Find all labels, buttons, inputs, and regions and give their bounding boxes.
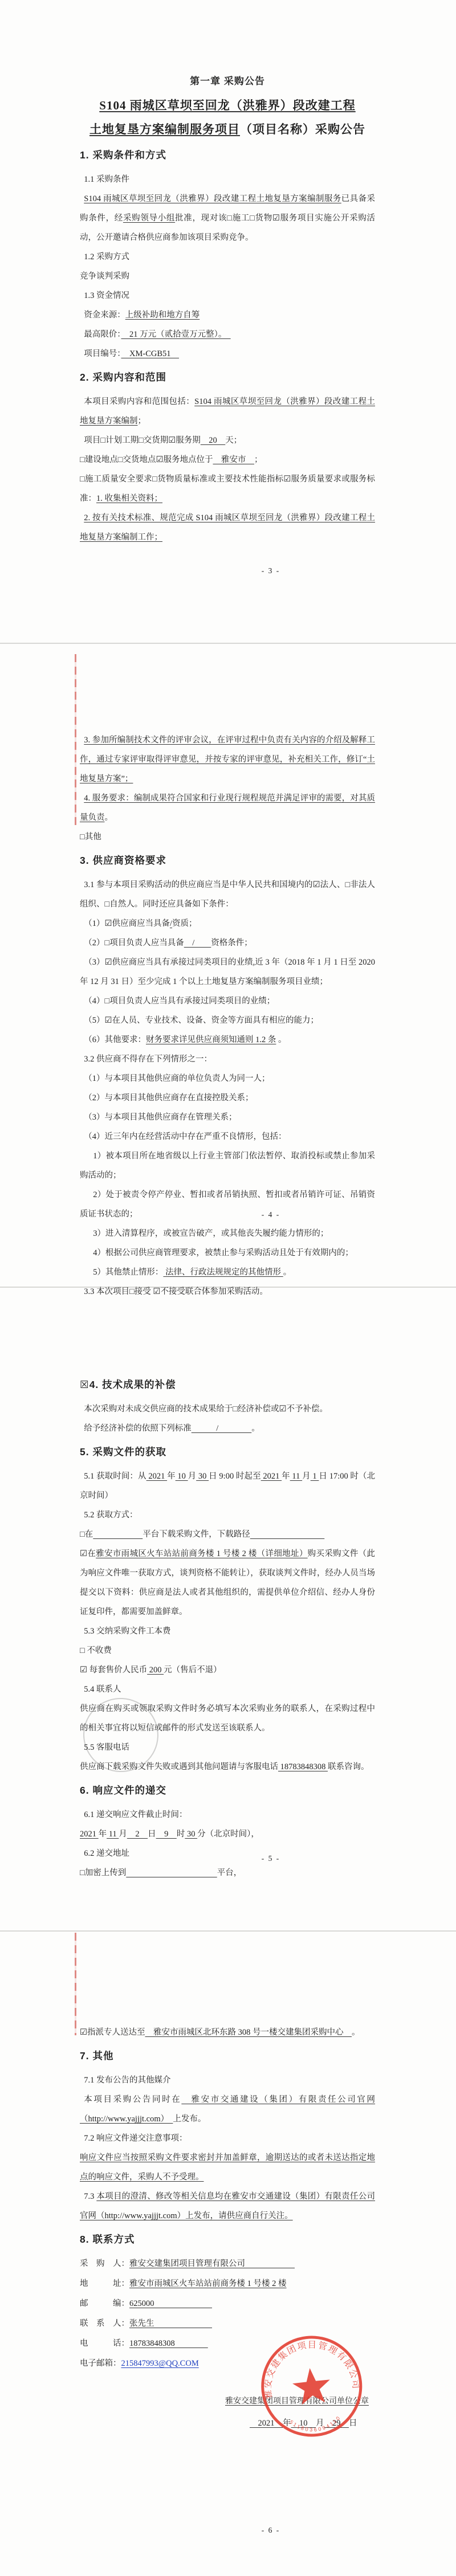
paragraph: （4）□项目负责人应当具有承接过同类项目的业绩； xyxy=(80,991,375,1011)
text-run: 18783848308 xyxy=(278,1762,328,1771)
text-run: □ 不收费 xyxy=(80,1646,112,1655)
text-run: 2. 采购内容和范围 xyxy=(80,372,166,383)
paragraph: 3）进入清算程序，或被宣告破产，或其他丧失履约能力情形的； xyxy=(80,1224,375,1243)
text-run: 2021 xyxy=(80,1830,99,1839)
paragraph: 供应商下载采购文件失败或遇到其他问题请与客服电话 18783848308 联系咨… xyxy=(80,1757,375,1777)
paragraph: 5.3 交纳采购文件工本费 xyxy=(80,1622,375,1641)
text-run: 土地复垦方案编制服务项目 xyxy=(89,123,240,136)
page-number: - 3 - xyxy=(43,566,456,575)
text-run: 平台， xyxy=(217,1868,242,1877)
text-run: 。 xyxy=(251,1424,260,1433)
text-run: 1 xyxy=(311,1472,319,1481)
text-run: 年 xyxy=(99,1830,107,1839)
text-run: 张先生 xyxy=(129,2319,212,2328)
text-run: 7.2 响应文件递交注意事项： xyxy=(84,2134,187,2143)
text-run: ☑在 xyxy=(80,1549,96,1558)
text-run: 3.1 参与本项目采购活动的供应商应当是中华人民共和国境内的☑法人、□非法人组织… xyxy=(80,880,375,909)
text-run: 2021 xyxy=(261,1472,282,1481)
text-run: □建设地点□交货地点☑服务地点位于 xyxy=(80,455,213,464)
text-run: （1）☑供应商应当具备 xyxy=(84,919,170,928)
text-run: 电子邮箱： xyxy=(80,2359,121,2368)
paragraph: 5.4 联系人 xyxy=(80,1680,375,1699)
paragraph: 本次采购对未成交供应商的技术成果给于□经济补偿或☑不予补偿。 xyxy=(80,1399,375,1419)
text-run: 2 xyxy=(127,1830,148,1839)
section-heading: 1. 采购条件和方式 xyxy=(80,144,375,166)
paragraph: （4）近三年内在经营活动中存在严重不良情形，包括： xyxy=(80,1127,375,1146)
document-title-line: S104 雨城区草坝至回龙（洪雅界）段改建工程 xyxy=(80,93,375,117)
text-run: 竞争谈判采购 xyxy=(80,272,129,281)
text-run: □加密上传到 xyxy=(80,1868,126,1877)
text-run: / xyxy=(192,1424,252,1433)
subsection-heading: 1.2 采购方式 xyxy=(80,247,375,267)
paragraph: （2）□项目负责人应当具备 / 资格条件； xyxy=(80,933,375,953)
text-run: - 5 - xyxy=(262,1854,280,1863)
paragraph: ☑ 每套售价人民币 200 元（售后不退） xyxy=(80,1660,375,1680)
text-run: ☑ 每套售价人民币 xyxy=(80,1665,147,1675)
text-run xyxy=(93,1530,142,1539)
text-run: 7.1 发布公告的其他媒介 xyxy=(84,2076,170,2085)
paragraph: 响应文件应当按照采购文件要求密封并加盖鲜章，逾期送达的或者未送达指定地点的响应文… xyxy=(80,2148,375,2187)
subsection-heading: 1.3 资金情况 xyxy=(80,286,375,305)
text-run: 供应商在购买或领取采购文件时务必填写本次采购业务的联系人，在采购过程中的相关事宜… xyxy=(80,1704,375,1733)
paragraph: 5.1 获取时间：从 2021 年 10 月 30 日 9:00 时起至 202… xyxy=(80,1467,375,1505)
paragraph: （5）☑在人员、专业技术、设备、资金等方面具有相应的能力； xyxy=(80,1011,375,1030)
text-run: 月 xyxy=(188,1472,197,1481)
text-run: 分（北京时间）， xyxy=(197,1830,259,1839)
text-run: 5.1 获取时间：从 xyxy=(84,1472,146,1481)
text-run: ； xyxy=(138,417,146,426)
text-run: 10 xyxy=(176,1472,188,1481)
text-run: 11 xyxy=(107,1830,119,1839)
text-run: 1.2 采购方式 xyxy=(84,252,129,262)
text-run: 。 xyxy=(283,1268,292,1277)
company-seal-stamp: 雅安交建集团项目管理有限公司 5118036094110 xyxy=(252,2324,372,2451)
text-run: 购买采购文件（此为响应文件唯一获取方式，谈判资格不能转让），获取谈判文件时，经办… xyxy=(80,1549,375,1616)
text-run: 3. 参加所编制技术文件的评审会议，在评审过程中负责有关内容的介绍及解释工作，通… xyxy=(80,736,375,783)
paragraph: （3）☑供应商应当具有承接过同类项目的业绩,近 3 年（2018 年 1 月 1… xyxy=(80,953,375,991)
text-run: 20 xyxy=(201,436,226,445)
text-run: 元（售后不退） xyxy=(164,1665,222,1675)
text-run: 215847993@QQ.COM xyxy=(121,2359,199,2368)
text-run: 法律、行政法规规定的其他情形 xyxy=(163,1268,283,1277)
paragraph: □在 平台下载采购文件，下载路径 xyxy=(80,1525,375,1544)
page-4: 3. 参加所编制技术文件的评审会议，在评审过程中负责有关内容的介绍及解释工作，通… xyxy=(0,644,456,1288)
text-run: 日 xyxy=(148,1830,156,1839)
paragraph: 7.3 本项目的澄清、修改等相关信息均在雅安市交通建设（集团）有限责任公司官网（… xyxy=(80,2187,375,2226)
text-run: □其他 xyxy=(80,832,101,842)
text-run: 625000 xyxy=(129,2299,212,2308)
text-run: 上级补助和地方自筹 xyxy=(125,311,200,320)
paragraph: （3）与本项目其他供应商存在管理关系； xyxy=(80,1108,375,1127)
text-run: S104 雨城区草坝至回龙（洪雅界）段改建工程 xyxy=(99,99,355,112)
text-run: 采购领导小组 xyxy=(123,214,175,223)
paragraph: 给予经济补偿的依照下列标准 / 。 xyxy=(80,1419,375,1438)
text-run: 本次采购对未成交供应商的技术成果给于□经济补偿或☑不予补偿。 xyxy=(84,1405,328,1414)
page-number: - 4 - xyxy=(43,1210,456,1219)
paragraph: 3.1 参与本项目采购活动的供应商应当是中华人民共和国境内的☑法人、□非法人组织… xyxy=(80,875,375,914)
paragraph: 本项目采购内容和范围包括：S104 雨城区草坝至回龙（洪雅界）段改建工程土地复垦… xyxy=(80,392,375,431)
text-run: （4）□项目负责人应当具有承接过同类项目的业绩； xyxy=(84,997,275,1006)
text-run: （4）近三年内在经营活动中存在严重不良情形，包括： xyxy=(84,1132,286,1141)
paragraph: 2. 按有关技术标准、规范完成 S104 雨城区草坝至回龙（洪雅界）段改建工程土… xyxy=(80,508,375,547)
text-run: 联系咨询。 xyxy=(328,1762,369,1771)
paragraph: （2）与本项目其他供应商存在直接控股关系； xyxy=(80,1088,375,1108)
text-run: 联 系 人： xyxy=(80,2319,129,2328)
text-run: 本项目的澄清、修改等相关信息均在雅安市交通建设（集团）有限责任公司官网（http… xyxy=(80,2192,375,2220)
text-run: 项目编号： xyxy=(84,349,121,358)
text-run: 天； xyxy=(225,436,242,445)
text-run: 第一章 采购公告 xyxy=(190,76,265,87)
text-run: - 4 - xyxy=(262,1210,280,1219)
text-run: 1.3 资金情况 xyxy=(84,291,129,300)
text-run: 本项目采购内容和范围包括： xyxy=(84,397,194,406)
section-heading: 2. 采购内容和范围 xyxy=(80,366,375,389)
paragraph: 项目□计划工期□交货期☑服务期 20 天； xyxy=(80,431,375,450)
procurement-announcement-document: 雅安交建集团项目管理有限公司 5118036094110 第一章 采购公告S10… xyxy=(0,0,456,2576)
text-run: 6. 响应文件的递交 xyxy=(80,1785,166,1796)
text-run: 6.1 递交响应文件截止时间： xyxy=(84,1810,187,1819)
document-title-line: 土地复垦方案编制服务项目（项目名称）采购公告 xyxy=(80,117,375,141)
section-heading: 7. 其他 xyxy=(80,2044,375,2067)
text-run: 雅安市雨城区火车站站前商务楼 1 号楼 2 楼（详细地址） xyxy=(96,1549,308,1558)
text-run: 资金来源： xyxy=(84,311,125,320)
text-run: 日 9:00 时起至 xyxy=(209,1472,261,1481)
text-run: / xyxy=(184,938,211,948)
paragraph: 本项目采购公告同时在 雅安市交通建设（集团）有限责任公司官网（http://ww… xyxy=(80,2090,375,2129)
section-heading: 5. 采购文件的获取 xyxy=(80,1440,375,1463)
text-run: 7.3 xyxy=(84,2192,96,2201)
paragraph: □加密上传到 平台， xyxy=(80,1863,375,1883)
text-run: 9 xyxy=(156,1830,177,1839)
section-heading: 6. 响应文件的递交 xyxy=(80,1779,375,1802)
paragraph: S104 雨城区草坝至回龙（洪雅界）段改建工程土地复垦方案编制服务已具备采购条件… xyxy=(80,189,375,247)
paragraph: 6.1 递交响应文件截止时间： xyxy=(80,1805,375,1824)
text-run: XM-CGB51 xyxy=(121,349,180,358)
text-run: （3）☑供应商应当具有承接过同类项目的业绩,近 3 年（2018 年 1 月 1… xyxy=(80,958,375,986)
paragraph: 7.2 响应文件递交注意事项： xyxy=(80,2129,375,2148)
paragraph: 4. 服务要求：编制成果符合国家和行业现行规程规范并满足评审的需要，对其质量负责… xyxy=(80,789,375,827)
contact-line: 采 购 人：雅安交建集团项目管理有限公司 xyxy=(80,2254,375,2274)
text-run: （5）☑在人员、专业技术、设备、资金等方面具有相应的能力； xyxy=(84,1016,319,1025)
text-run: （2）与本项目其他供应商存在直接控股关系； xyxy=(84,1093,253,1103)
text-run: 资质； xyxy=(172,919,197,928)
text-run: 供应商下载采购文件失败或遇到其他问题请与客服电话 xyxy=(80,1762,278,1771)
paragraph: 4）根据公司供应商管理要求，被禁止参与采购活动且处于有效期内的； xyxy=(80,1243,375,1263)
text-run: 响应文件应当按照采购文件要求密封并加盖鲜章，逾期送达的或者未送达指定地点的响应文… xyxy=(80,2153,375,2182)
text-run: 30 xyxy=(185,1830,197,1839)
contact-line: 地 址：雅安市雨城区火车站站前商务楼 1 号楼 2 楼 xyxy=(80,2274,375,2294)
text-run: 。 xyxy=(352,2028,360,2037)
text-run: 年 xyxy=(282,1472,290,1481)
text-run: 平台下载采购文件，下载路径 xyxy=(142,1530,250,1539)
paragraph: 5.5 客服电话 xyxy=(80,1738,375,1757)
paragraph: □其他 xyxy=(80,827,375,847)
paragraph: 供应商在购买或领取采购文件时务必填写本次采购业务的联系人，在采购过程中的相关事宜… xyxy=(80,1699,375,1738)
paragraph: 7.1 发布公告的其他媒介 xyxy=(80,2071,375,2090)
text-run: 。 xyxy=(276,1035,286,1044)
text-run: □在 xyxy=(80,1530,93,1539)
text-run: 3. 供应商资格要求 xyxy=(80,855,166,866)
text-run: S104 雨城区草坝至回龙（洪雅界）段改建工程土地复垦方案编制服务 xyxy=(84,194,341,203)
text-run: 时 xyxy=(177,1830,185,1839)
text-run xyxy=(250,1530,325,1539)
paragraph: ☑指派专人送达至 雅安市雨城区北环东路 308 号一楼交建集团采购中心 。 xyxy=(80,2023,375,2042)
text-run: 5.3 交纳采购文件工本费 xyxy=(84,1627,170,1636)
text-run: 给予经济补偿的依照下列标准 xyxy=(84,1424,192,1433)
text-run: - 6 - xyxy=(262,2526,280,2534)
page-3: 第一章 采购公告S104 雨城区草坝至回龙（洪雅界）段改建工程土地复垦方案编制服… xyxy=(0,0,456,644)
text-run: 30 xyxy=(196,1472,209,1481)
text-run: 4. 服务要求：编制成果符合国家和行业现行规程规范并满足评审的需要，对其质量负责 xyxy=(80,794,375,822)
stamp-star xyxy=(291,2366,332,2406)
text-run: 8. 联系方式 xyxy=(80,2234,135,2245)
text-run: 1. 采购条件和方式 xyxy=(80,149,166,161)
page-number: - 6 - xyxy=(43,2526,456,2535)
text-run: 年 xyxy=(167,1472,176,1481)
text-run: 邮 编： xyxy=(80,2299,129,2308)
subsection-heading: 1.1 采购条件 xyxy=(80,170,375,189)
text-run: 5.2 获取方式： xyxy=(84,1511,137,1520)
text-run: - 3 - xyxy=(262,566,280,575)
paragraph: □ 不收费 xyxy=(80,1641,375,1660)
text-run: 1.1 采购条件 xyxy=(84,175,129,184)
paragraph: （1）☑供应商应当具备/资质； xyxy=(80,914,375,933)
text-run: 雅安市雨城区火车站站前商务楼 1 号楼 2 楼 xyxy=(129,2279,287,2288)
paragraph: □施工质量安全要求□货物质量标准或主要技术性能指标☑服务质量要求或服务标准：1.… xyxy=(80,470,375,508)
paragraph: 5）其他禁止情形： 法律、行政法规规定的其他情形 。 xyxy=(80,1263,375,1282)
text-run: 本项目采购公告同时在 xyxy=(84,2095,181,2104)
text-run: 4）根据公司供应商管理要求，被禁止参与采购活动且处于有效期内的； xyxy=(93,1248,353,1258)
chapter-heading: 第一章 采购公告 xyxy=(80,72,375,91)
text-run: ☑指派专人送达至 xyxy=(80,2028,145,2037)
text-run: 18783848308 xyxy=(129,2339,208,2348)
text-run: ； xyxy=(254,455,263,464)
text-run: 3）进入清算程序，或被宣告破产，或其他丧失履约能力情形的； xyxy=(93,1229,328,1238)
paragraph: 5.2 获取方式： xyxy=(80,1505,375,1525)
text-run: 。 xyxy=(105,813,113,822)
text-run: 地 址： xyxy=(80,2279,129,2288)
text-run: （2）□项目负责人应当具备 xyxy=(84,938,184,948)
text-run: 月 xyxy=(302,1472,311,1481)
text-run: 3.2 供应商不得存在下列情形之一： xyxy=(84,1055,212,1064)
text-run: （6）其他要求： xyxy=(84,1035,146,1044)
text-run: 资格条件； xyxy=(211,938,253,948)
paragraph: 3. 参加所编制技术文件的评审会议，在评审过程中负责有关内容的介绍及解释工作，通… xyxy=(80,730,375,789)
text-run: 5）其他禁止情形： xyxy=(93,1268,163,1277)
section-heading: 8. 联系方式 xyxy=(80,2228,375,2251)
text-run: 上发布。 xyxy=(173,2114,206,2124)
paragraph: □建设地点□交货地点☑服务地点位于 雅安市 ； xyxy=(80,450,375,470)
text-run: 7. 其他 xyxy=(80,2050,113,2061)
text-run: （项目名称）采购公告 xyxy=(240,123,365,136)
text-run: 5.4 联系人 xyxy=(84,1685,121,1694)
page-5: ☒4. 技术成果的补偿本次采购对未成交供应商的技术成果给于□经济补偿或☑不予补偿… xyxy=(0,1288,456,1932)
paragraph: 1）被本项目所在地省级以上行业主管部门依法暂停、取消投标或禁止参加采购活动的； xyxy=(80,1146,375,1185)
text-run: 采 购 人： xyxy=(80,2259,129,2268)
paragraph: 资金来源：上级补助和地方自筹 xyxy=(80,305,375,325)
page-number: - 5 - xyxy=(43,1854,456,1863)
text-run: 1. 收集相关资料； xyxy=(96,494,162,503)
paragraph: 3.2 供应商不得存在下列情形之一： xyxy=(80,1050,375,1069)
paragraph: （1）与本项目其他供应商的单位负责人为同一人； xyxy=(80,1069,375,1088)
text-run: 21 万元（贰拾壹万元整）。 xyxy=(121,330,231,339)
text-run: 雅安市雨城区北环东路 308 号一楼交建集团采购中心 xyxy=(145,2028,352,2037)
text-run: 5. 采购文件的获取 xyxy=(80,1446,166,1458)
paragraph: ☑在雅安市雨城区火车站站前商务楼 1 号楼 2 楼（详细地址）购买采购文件（此为… xyxy=(80,1544,375,1622)
text-run: 2. 按有关技术标准、规范完成 S104 雨城区草坝至回龙（洪雅界）段改建工程土… xyxy=(80,513,375,542)
text-run: 5.5 客服电话 xyxy=(84,1743,129,1752)
paragraph: 竞争谈判采购 xyxy=(80,267,375,286)
contact-line: 邮 编：625000 xyxy=(80,2294,375,2314)
text-run: ☒4. 技术成果的补偿 xyxy=(80,1379,176,1390)
section-heading: 3. 供应商资格要求 xyxy=(80,849,375,872)
text-run: 11 xyxy=(290,1472,302,1481)
paragraph: 项目编号： XM-CGB51 xyxy=(80,344,375,364)
text-run: 雅安市 xyxy=(213,455,255,464)
page-6: ☑指派专人送达至 雅安市雨城区北环东路 308 号一楼交建集团采购中心 。7. … xyxy=(0,1932,456,2576)
text-run xyxy=(126,1868,217,1877)
paragraph: 2021 年 11 月 2 日 9 时 30 分（北京时间）， xyxy=(80,1824,375,1844)
paragraph: 最高限价： 21 万元（贰拾壹万元整）。 xyxy=(80,325,375,344)
text-run: 财务要求详见供应商须知通则 1.2 条 xyxy=(146,1035,276,1044)
text-run: 月 xyxy=(119,1830,127,1839)
text-run: 电 话： xyxy=(80,2339,129,2348)
text-run: 项目□计划工期□交货期☑服务期 xyxy=(84,436,201,445)
text-run: 1）被本项目所在地省级以上行业主管部门依法暂停、取消投标或禁止参加采购活动的； xyxy=(80,1152,375,1180)
text-run: 雅安交建集团项目管理有限公司 xyxy=(129,2259,295,2268)
text-run: （1）与本项目其他供应商的单位负责人为同一人； xyxy=(84,1074,270,1083)
text-run: 最高限价： xyxy=(84,330,121,339)
text-run: 200 xyxy=(147,1665,164,1675)
text-run: 2021 xyxy=(146,1472,167,1481)
text-run: （3）与本项目其他供应商存在管理关系； xyxy=(84,1113,237,1122)
section-heading: ☒4. 技术成果的补偿 xyxy=(80,1373,375,1396)
paragraph: （6）其他要求：财务要求详见供应商须知通则 1.2 条 。 xyxy=(80,1030,375,1050)
